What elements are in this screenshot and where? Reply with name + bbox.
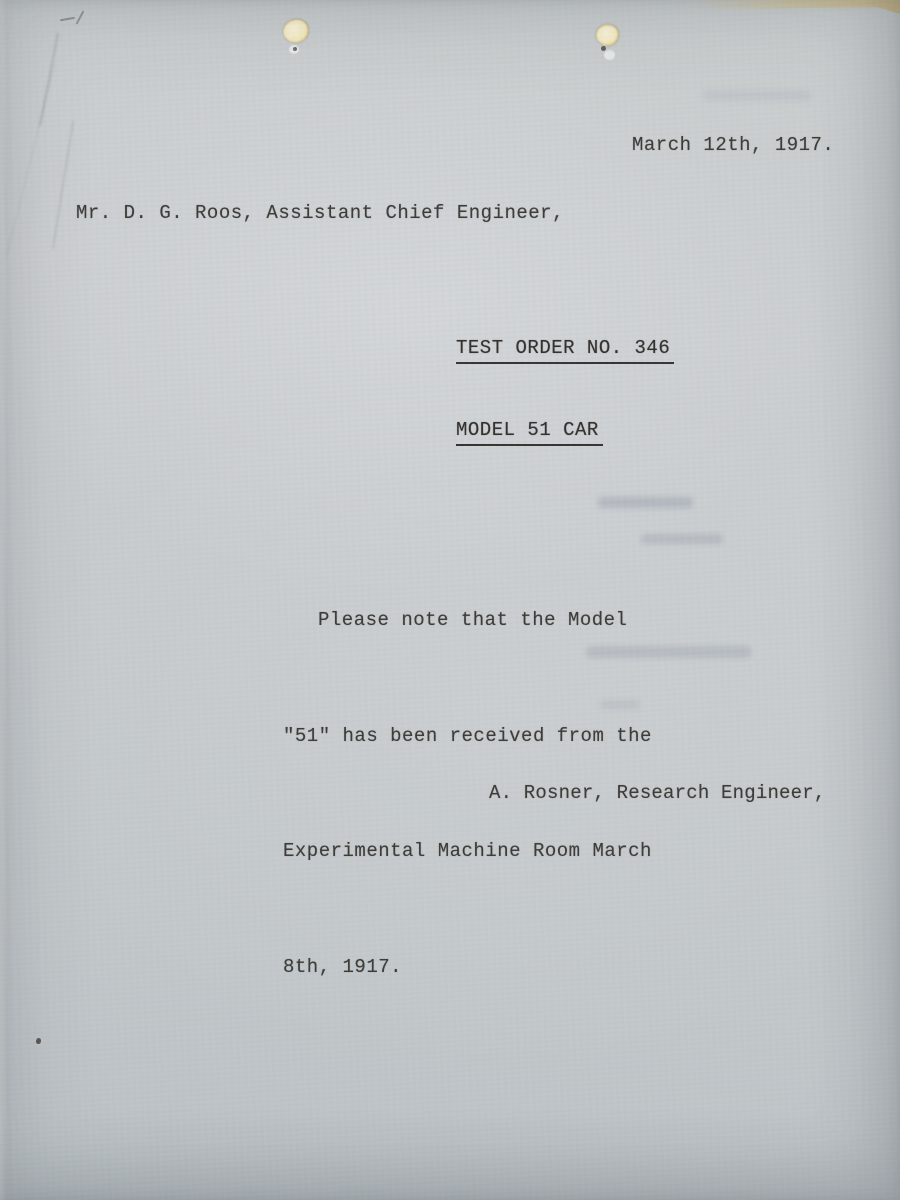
body-line: "51" has been received from the — [283, 717, 683, 756]
document-heading: TEST ORDER NO. 346 MODEL 51 CAR — [456, 293, 674, 501]
document-page: March 12th, 1917. Mr. D. G. Roos, Assist… — [0, 0, 900, 1200]
punch-hole-tear — [604, 50, 615, 60]
ink-speck — [293, 47, 297, 51]
addressee-line: Mr. D. G. Roos, Assistant Chief Engineer… — [76, 202, 564, 224]
heading-model-car: MODEL 51 CAR — [456, 419, 603, 446]
paper-left-edge — [0, 0, 7, 1200]
punch-hole-right — [595, 23, 620, 47]
body-line: Please note that the Model — [283, 601, 683, 640]
punch-hole-left — [281, 17, 310, 44]
pencil-mark — [60, 17, 75, 22]
bleed-through-mark — [703, 91, 811, 100]
pencil-mark — [76, 10, 85, 24]
paper-crease — [52, 121, 74, 250]
signature-line: A. Rosner, Research Engineer, — [489, 782, 825, 804]
body-line: 8th, 1917. — [283, 948, 683, 987]
ink-speck — [601, 46, 606, 51]
paper-crease — [6, 63, 55, 257]
date-line: March 12th, 1917. — [632, 134, 834, 156]
body-line: Experimental Machine Room March — [283, 832, 683, 871]
ink-speck — [36, 1038, 41, 1044]
heading-test-order: TEST ORDER NO. 346 — [456, 337, 674, 364]
